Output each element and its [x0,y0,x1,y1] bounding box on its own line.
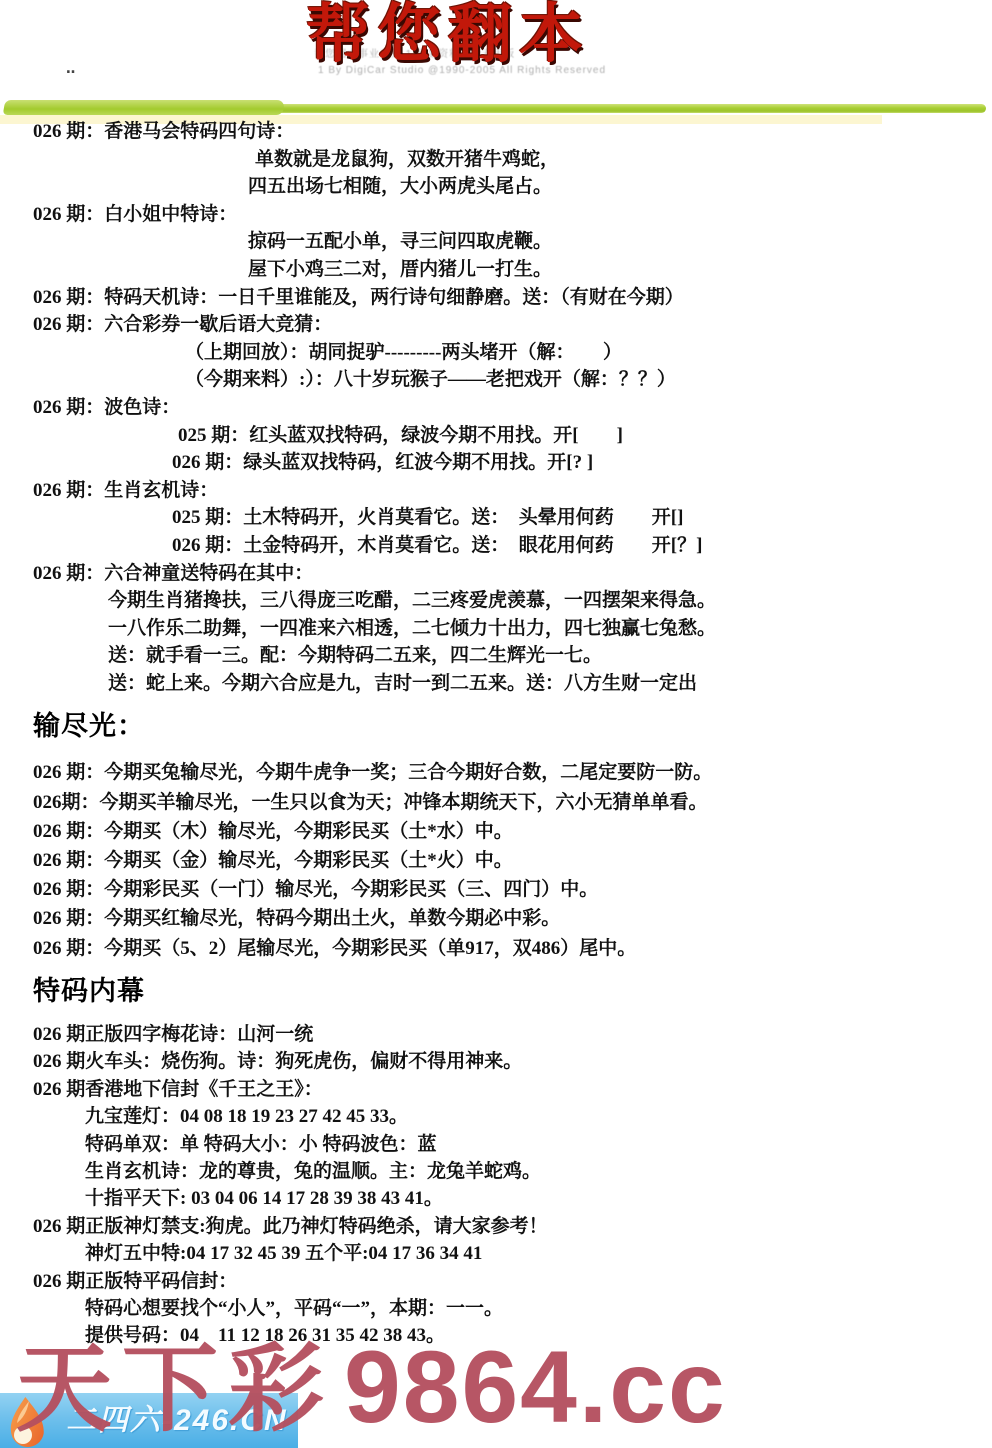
doc-line: 今期生肖猪搀扶，三八得庞三吃醋，二三疼爱虎羡慕，一四摆架来得急。 [0,587,992,615]
doc-line: 026期：今期买羊输尽光，一生只以食为天；冲锋本期统天下，六小无猜单单看。 [0,788,992,817]
doc-line: 十指平天下: 03 04 06 14 17 28 39 38 43 41。 [0,1185,992,1212]
doc-line: 026 期香港地下信封《千王之王》： [0,1076,992,1103]
green-divider-bar [4,104,986,113]
doc-line: 026 期：香港马会特码四句诗： [0,118,992,146]
doc-line: 026 期：今期买（金）输尽光，今期彩民买（土*火）中。 [0,846,992,875]
doc-line: 025 期：土木特码开，火肖莫看它。送： 头晕用何药 开[] [0,504,992,532]
doc-line: 025 期：红头蓝双找特码，绿波今期不用找。开[ ] [0,422,992,450]
doc-line: 神灯五中特:04 17 32 45 39 五个平:04 17 36 34 41 [0,1240,992,1267]
doc-line: 026 期正版特平码信封： [0,1268,992,1295]
doc-line: 026 期：特码天机诗：一日千里谁能及，两行诗句细静磨。送：（有财在今期） [0,284,992,312]
page-title: 帮您翻本 [306,0,590,72]
doc-line: （上期回放）：胡同捉驴---------两头堵开（解： ） [0,339,992,367]
doc-line: 026 期：今期买（5、2）尾输尽光，今期彩民买（单917，双486）尾中。 [0,934,992,963]
doc-line: 026 期：今期彩民买（一门）输尽光，今期彩民买（三、四门）中。 [0,875,992,904]
section-heading: 特码内幕 [33,978,992,1005]
doc-line: 026 期：今期买红输尽光，特码今期出土火，单数今期必中彩。 [0,904,992,933]
doc-line: 026 期：六合神童送特码在其中： [0,560,992,588]
doc-line: 特码单双：单 特码大小：小 特码波色：蓝 [0,1131,992,1158]
doc-line: 026 期：今期买兔输尽光，今期牛虎争一奖；三合今期好合数，二尾定要防一防。 [0,758,992,787]
doc-line: 特码心想要找个“小人”，平码“一”，本期：一一。 [0,1295,992,1322]
doc-line: 送：蛇上来。今期六合应是九，吉时一到二五来。送：八方生财一定出 [0,670,992,698]
doc-line: 026 期：土金特码开，木肖莫看它。送： 眼花用何药 开[？] [0,532,992,560]
doc-line: 026 期：波色诗： [0,394,992,422]
corner-dots: ‥ [66,62,78,76]
doc-line: 四五出场七相随，大小两虎头尾占。 [0,173,992,201]
doc-line: 026 期正版神灯禁支:狗虎。此乃神灯特码绝杀，请大家参考！ [0,1213,992,1240]
footer-watermark-code: 9864.cc [344,1330,727,1444]
doc-line: 026 期火车头：烧伤狗。诗：狗死虎伤，偏财不得用神来。 [0,1048,992,1075]
doc-line: （今期来料）:）：八十岁玩猴子——老把戏开（解：？？） [0,366,992,394]
doc-line: 026 期：六合彩券一歇后语大竞猜： [0,311,992,339]
doc-section-shujinguang: 输尽光：026 期：今期买兔输尽光，今期牛虎争一奖；三合今期好合数，二尾定要防一… [0,713,992,962]
doc-line: 单数就是龙鼠狗，双数开猪牛鸡蛇， [0,146,992,174]
doc-line: 送：就手看一三。配：今期特码二五来，四二生辉光一七。 [0,642,992,670]
doc-line: 一八作乐二助舞，一四准来六相透，二七倾力十出力，四七独赢七兔愁。 [0,615,992,643]
doc-line: 026 期正版四字梅花诗：山河一统 [0,1021,992,1048]
doc-section-intro: 026 期：香港马会特码四句诗：单数就是龙鼠狗，双数开猪牛鸡蛇，四五出场七相随，… [0,118,992,697]
doc-line: 九宝莲灯：04 08 18 19 23 27 42 45 33。 [0,1103,992,1130]
document-body: 026 期：香港马会特码四句诗：单数就是龙鼠狗，双数开猪牛鸡蛇，四五出场七相随，… [0,118,992,1350]
doc-line: 026 期：生肖玄机诗： [0,477,992,505]
doc-section-neimu: 特码内幕026 期正版四字梅花诗：山河一统026 期火车头：烧伤狗。诗：狗死虎伤… [0,978,992,1350]
doc-line: 026 期：今期买（木）输尽光，今期彩民买（土*水）中。 [0,817,992,846]
doc-line: 屋下小鸡三二对，厝内猪儿一打生。 [0,256,992,284]
lottery-tip-sheet-page: ‥ 帮您翻本事业系列 1 精品资料大全专用版 1 By DigiCar Stud… [0,0,992,1448]
doc-line: 026 期：绿头蓝双找特码，红波今期不用找。开[? ] [0,449,992,477]
doc-line: 生肖玄机诗：龙的尊贵，兔的温顺。主：龙兔羊蛇鸡。 [0,1158,992,1185]
doc-line: 掠码一五配小单，寻三问四取虎鞭。 [0,228,992,256]
footer-watermark-cn: 天下彩 [16,1332,334,1445]
doc-line: 026 期：白小姐中特诗： [0,201,992,229]
section-heading: 输尽光： [33,713,992,740]
footer-watermark: 天下彩9864.cc [16,1336,727,1438]
